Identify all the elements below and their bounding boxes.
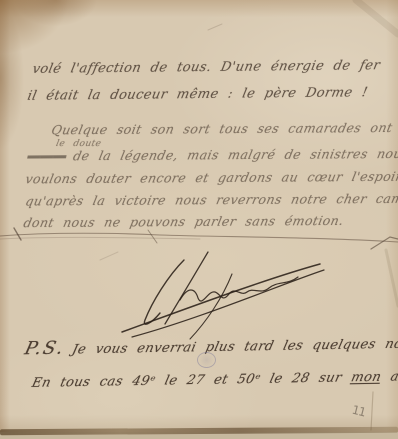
letter-line-2: il était la douceur même : le père Dorme… xyxy=(26,85,369,104)
underlined-word: mon xyxy=(350,370,383,386)
letter-line-4-text: de la légende, mais malgré de sinistres … xyxy=(72,145,398,163)
pencil-page-number: 11 xyxy=(351,403,367,420)
paper-bottom-edge xyxy=(0,427,398,435)
postscript-line-1-text: Je vous enverrai plus tard les quelques … xyxy=(71,335,398,358)
postscript-line-2: En tous cas 49ᵉ le 27 et 50ᵉ le 28 sur m… xyxy=(30,368,398,391)
collection-stamp-icon xyxy=(197,352,216,368)
postscript-label: P.S. xyxy=(23,338,68,360)
postscript-line-2-pre: En tous cas 49ᵉ le 27 et 50ᵉ le 28 sur xyxy=(30,370,353,391)
letter-line-4: ———de la légende, mais malgré de sinistr… xyxy=(26,145,398,163)
letter-line-3-text: Quelque soit son sort tous ses camarades… xyxy=(50,120,394,137)
postscript-line-2-post: appareil. — xyxy=(379,368,398,385)
letter-line-6: qu'après la victoire nous reverrons notr… xyxy=(24,191,398,209)
letter-line-7: dont nous ne pouvons parler sans émotion… xyxy=(22,213,345,230)
letter-line-5: voulons douter encore et gardons au cœur… xyxy=(24,169,398,187)
letter-line-1: volé l'affection de tous. D'une énergie … xyxy=(31,58,381,77)
scanned-letter-page: { "document": { "kind": "handwritten let… xyxy=(0,0,398,439)
letter-line-3: Quelque soit son sort tous ses camarades… xyxy=(50,120,398,138)
letter-page: volé l'affection de tous. D'une énergie … xyxy=(0,0,398,432)
signature xyxy=(110,244,342,342)
struck-out-word: ——— xyxy=(26,148,68,163)
